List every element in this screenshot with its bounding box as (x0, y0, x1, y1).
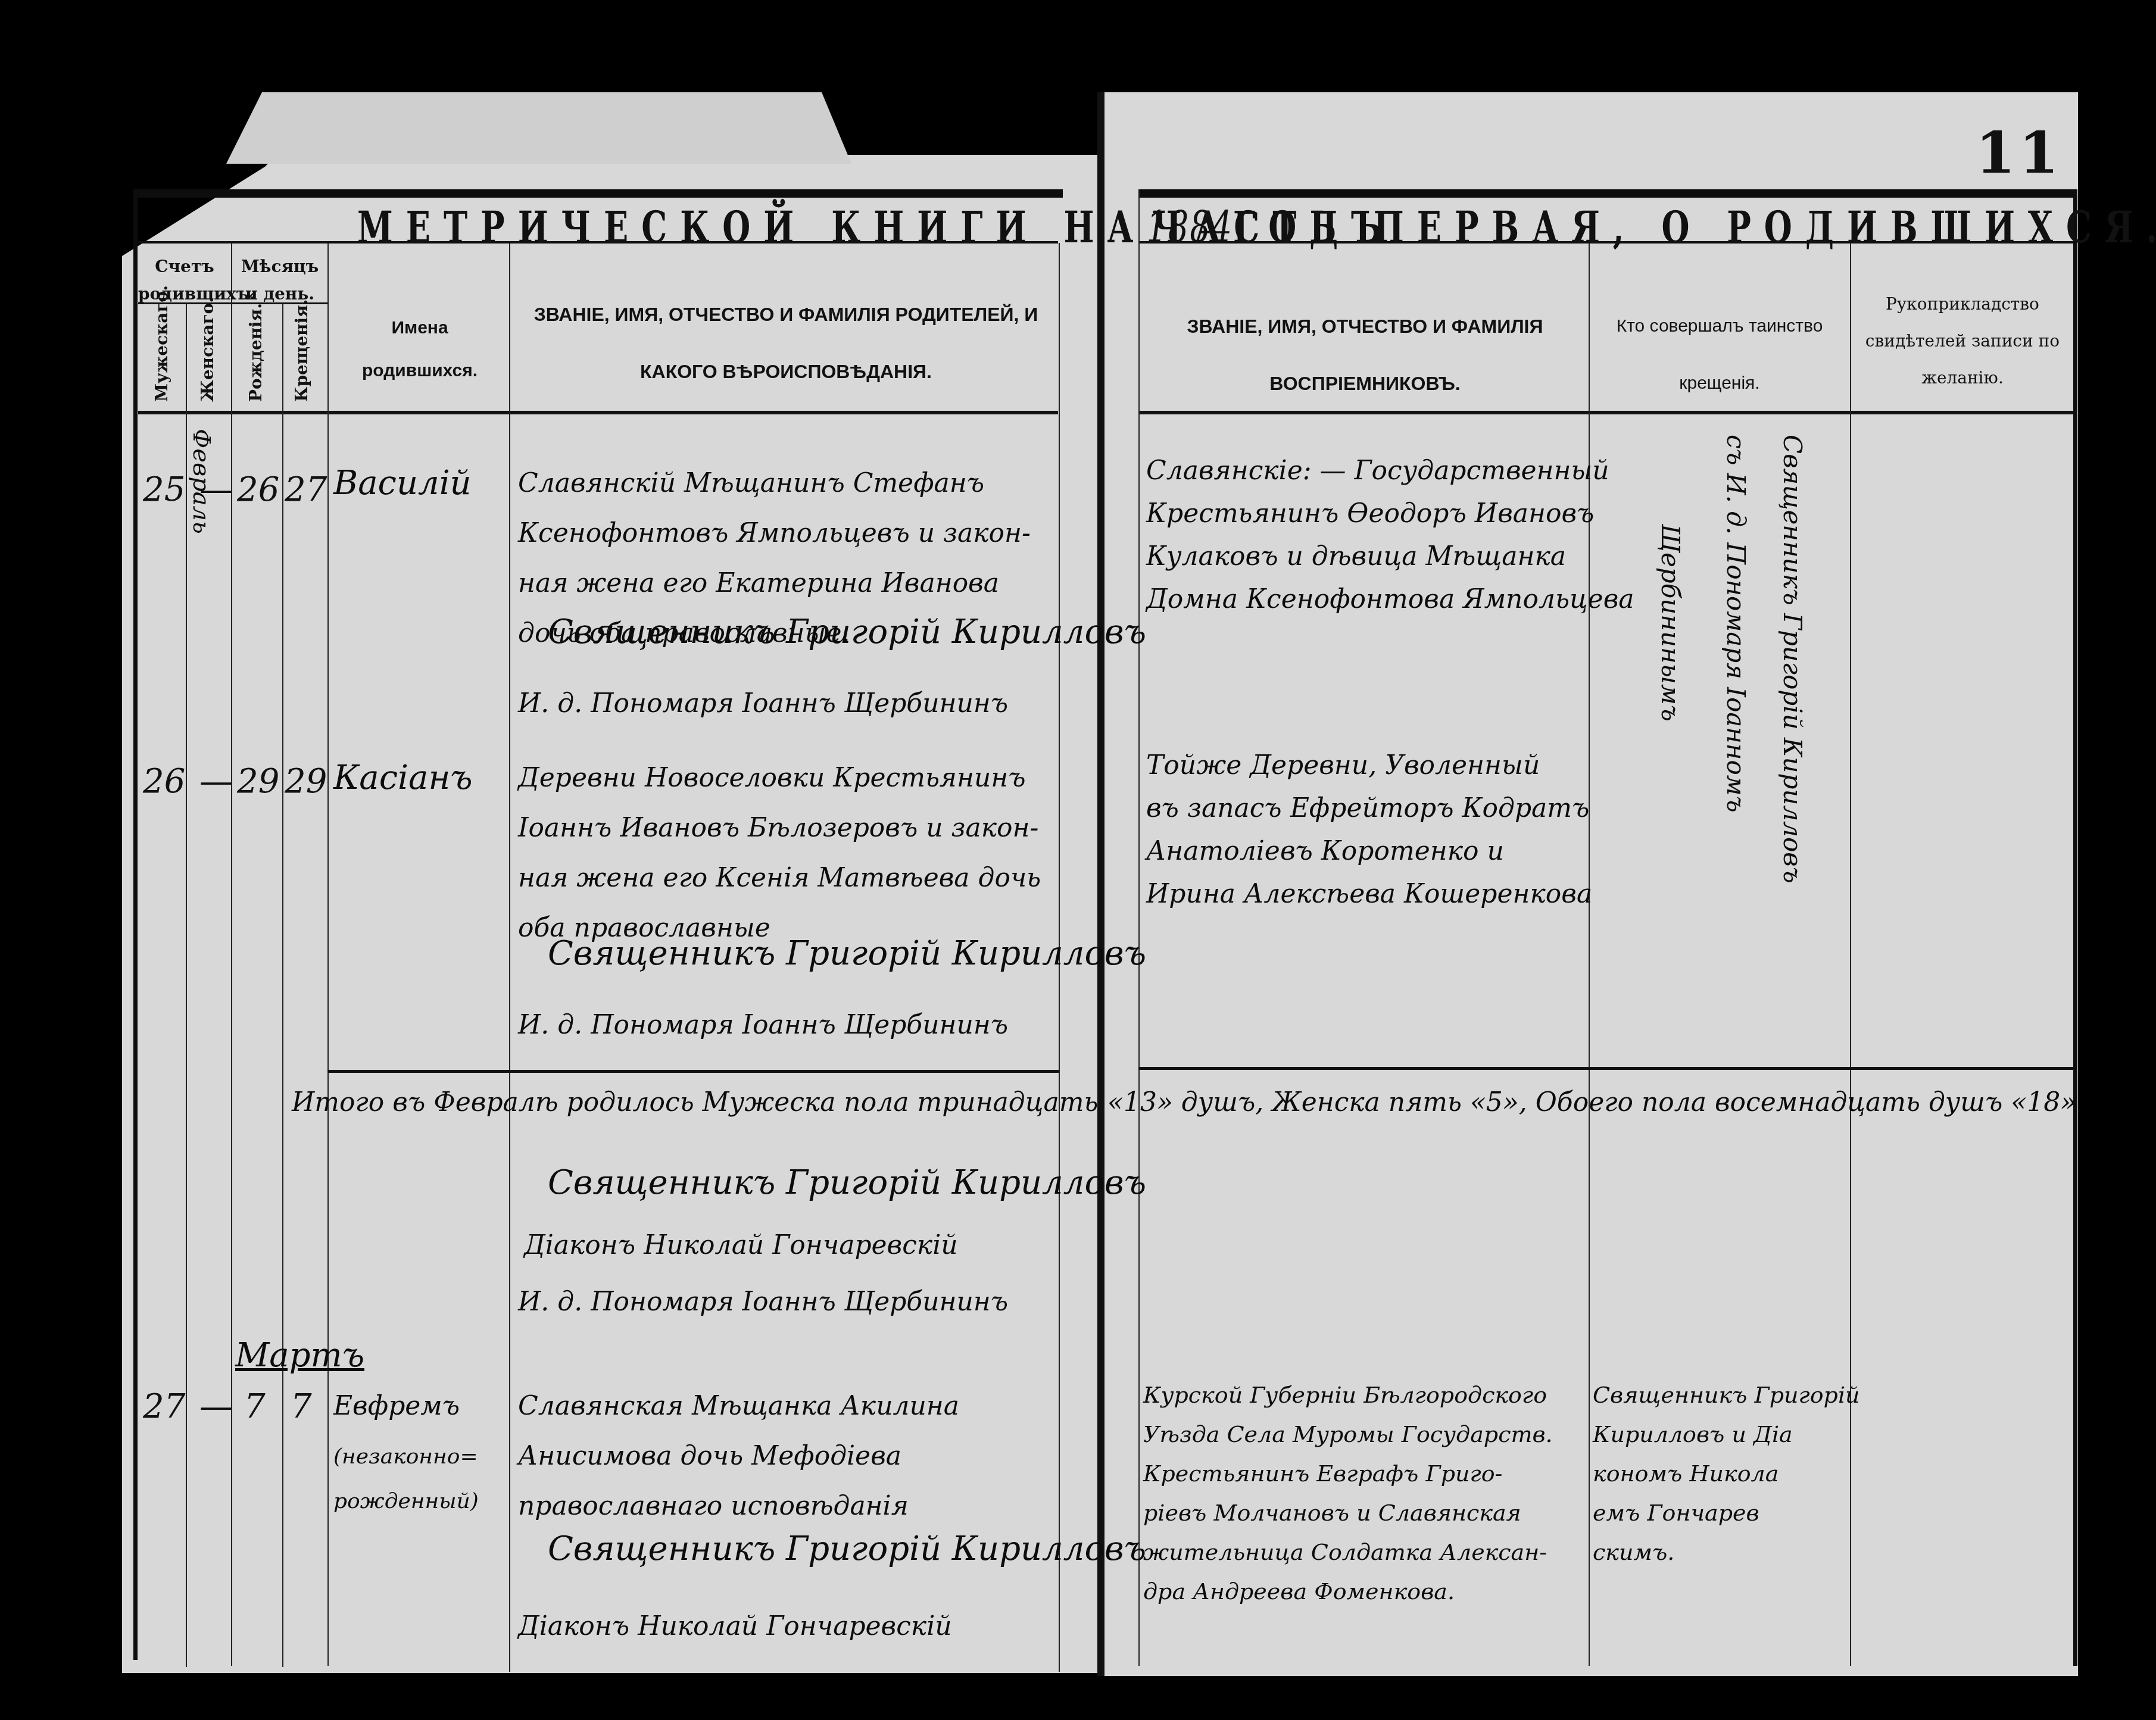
col-line (231, 243, 232, 1666)
left-frame-edge (133, 189, 138, 1660)
signature-priest: Священникъ Григорій Кирилловъ (548, 1524, 1146, 1574)
header-baptism: Крещенія. (292, 299, 311, 402)
entry-name: Касіанъ (333, 753, 473, 803)
entry-parents: Деревни Новоселовки Крестьянинъ Іоаннъ И… (518, 753, 1041, 953)
parents-line: Славянская Мѣщанка Акилина (518, 1381, 959, 1431)
summary-signature-clerk: И. д. Пономаря Іоаннъ Щербининъ (518, 1277, 1008, 1327)
header-date: Мѣсяцъ и день. (232, 253, 327, 308)
book-spine (1097, 92, 1104, 1676)
entry-name-note: (незаконно= (333, 1432, 478, 1482)
parents-line: Анисимова дочь Мефодіева (518, 1431, 959, 1481)
entry-birth-day: 7 (244, 1387, 266, 1426)
entry-godparents: Славянскіе: — Государственный Крестьянин… (1146, 449, 1634, 621)
officiant-line: съ И. д. Пономаря Іоанномъ (1721, 435, 1751, 813)
parents-line: Іоаннъ Ивановъ Бѣлозеровъ и закон- (518, 803, 1041, 853)
signature-clerk: И. д. Пономаря Іоаннъ Щербининъ (518, 1000, 1008, 1050)
signature-priest: Священникъ Григорій Кирилловъ (548, 607, 1146, 657)
entry-number-male: 25 (143, 470, 185, 509)
godparents-line: Анатоліевъ Коротенко и (1146, 830, 1592, 873)
entry-godparents: Курской Губерніи Бѣлгородского Уѣзда Сел… (1143, 1375, 1553, 1611)
summary-text-right: «13» душъ, Женска пять «5», Обоего пола … (1107, 1078, 2076, 1128)
signature-clerk: И. д. Пономаря Іоаннъ Щербининъ (518, 679, 1008, 729)
header-parents: ЗВАНІЕ, ИМЯ, ОТЧЕСТВО И ФАМИЛІЯ РОДИТЕЛЕ… (518, 286, 1054, 400)
entry-baptism-day: 29 (285, 762, 327, 801)
officiant-line: Щербининымъ (1656, 524, 1685, 722)
left-header-rule (138, 411, 1058, 414)
entry-officiant: Священникъ Григорій Кирилловъ и Діа коно… (1593, 1375, 1860, 1572)
godparents-line: Крестьянинъ Ѳеодоръ Ивановъ (1146, 492, 1634, 535)
summary-rule-left (327, 1070, 1059, 1073)
summary-text-left: Итого въ Февралѣ родилось Мужеска пола т… (292, 1078, 1098, 1128)
title-prefix: МЕТРИЧЕСКОЙ КНИГИ НА (357, 201, 1146, 252)
parents-line: ная жена его Ксенія Матвѣева дочь (518, 853, 1041, 903)
entry-baptism-day: 7 (291, 1387, 312, 1426)
header-officiant: Кто совершалъ таинство крещенія. (1591, 298, 1848, 412)
godparents-line: въ запасъ Ефрейторъ Кодратъ (1146, 787, 1592, 830)
header-male: Мужескаго. (152, 285, 171, 402)
left-page-underleaf (226, 92, 851, 164)
godparents-line: Кулаковъ и дѣвица Мѣщанка (1146, 535, 1634, 578)
right-top-rule (1138, 189, 2074, 198)
officiant-line: емъ Гончарев (1593, 1493, 1860, 1532)
entry-godparents: Тойже Деревни, Уволенный въ запасъ Ефрей… (1146, 744, 1592, 916)
entry-parents: Славянская Мѣщанка Акилина Анисимова доч… (518, 1381, 959, 1531)
entry-number-male: 27 (143, 1387, 185, 1426)
signature-priest: Священникъ Григорій Кирилловъ (548, 929, 1146, 979)
parents-line: Деревни Новоселовки Крестьянинъ (518, 753, 1041, 803)
entry-name-note: рожденный) (333, 1476, 479, 1527)
entry-number-female: — (199, 470, 233, 509)
header-godparents: ЗВАНІЕ, ИМЯ, ОТЧЕСТВО И ФАМИЛІЯ ВОСПРІЕМ… (1143, 298, 1587, 412)
header-names: Имена родившихся. (333, 307, 506, 392)
officiant-line: кономъ Никола (1593, 1454, 1860, 1493)
header-birth: Рожденія. (246, 303, 266, 402)
parents-line: Славянскій Мѣщанинъ Стефанъ (518, 458, 1031, 508)
header-witness: Рукоприкладство свидѣтелей записи по жел… (1853, 286, 2072, 397)
godparents-line: ріевъ Молчановъ и Славянская (1143, 1493, 1553, 1532)
entry-baptism-day: 27 (285, 470, 327, 509)
entry-number-female: — (199, 1387, 233, 1426)
godparents-line: Ирина Алексѣева Кошеренкова (1146, 873, 1592, 916)
entry-name: Евфремъ (333, 1381, 460, 1431)
right-frame-edge (2073, 189, 2077, 1666)
godparents-line: Курской Губерніи Бѣлгородского (1143, 1375, 1553, 1415)
entry-number-male: 26 (143, 762, 185, 801)
entry-birth-day: 26 (237, 470, 279, 509)
officiant-line: скимъ. (1593, 1532, 1860, 1572)
godparents-line: дра Андреева Фоменкова. (1143, 1572, 1553, 1611)
godparents-line: Уѣзда Села Муромы Государств. (1143, 1415, 1553, 1454)
entry-birth-day: 29 (237, 762, 279, 801)
summary-rule-right (1138, 1067, 2074, 1070)
entry-number-female: — (199, 762, 233, 801)
month-label-march: Мартъ (235, 1331, 364, 1381)
right-page-title: ЧАСТЬ ПЕРВАЯ, О РОДИВШИХСЯ. (1152, 201, 2156, 252)
signature-deacon: Діаконъ Николай Гончаревскій (518, 1602, 952, 1652)
page-number: 11 (1976, 119, 2063, 186)
summary-signature-deacon: Діаконъ Николай Гончаревскій (524, 1220, 958, 1271)
godparents-line: Славянскіе: — Государственный (1146, 449, 1634, 492)
godparents-line: Крестьянинъ Евграфъ Григо- (1143, 1454, 1553, 1493)
left-top-rule (137, 189, 1063, 198)
parents-line: ная жена его Екатерина Иванова (518, 558, 1031, 608)
col-line (282, 304, 283, 1667)
godparents-line: Тойже Деревни, Уволенный (1146, 744, 1592, 787)
summary-signature-priest: Священникъ Григорій Кирилловъ (548, 1158, 1146, 1208)
parents-line: Ксенофонтовъ Ямпольцевъ и закон- (518, 508, 1031, 558)
officiant-line: Священникъ Григорій Кирилловъ (1778, 435, 1807, 884)
header-female: Женскаго. (198, 297, 217, 402)
godparents-line: жительница Солдатка Алексан- (1143, 1532, 1553, 1572)
col-line (327, 243, 329, 1666)
officiant-line: Священникъ Григорій (1593, 1375, 1860, 1415)
col-line (1138, 189, 1140, 1666)
entry-name: Василій (333, 458, 472, 508)
officiant-line: Кирилловъ и Діа (1593, 1415, 1860, 1454)
godparents-line: Домна Ксенофонтова Ямпольцева (1146, 578, 1634, 621)
col-line (509, 243, 510, 1672)
